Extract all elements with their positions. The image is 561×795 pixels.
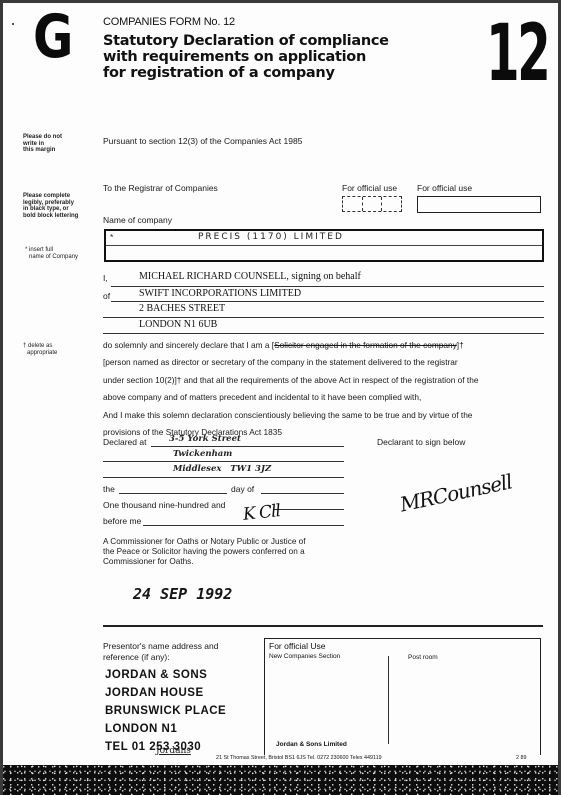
company-name-label: Name of company — [103, 215, 172, 225]
margin-note-do-not-write: Please do not write in this margin — [23, 134, 62, 154]
form-label: COMPANIES FORM No. 12 — [103, 16, 235, 28]
before-me-label: before me — [103, 516, 141, 526]
declarant-address-2: 2 BACHES STREET — [139, 303, 225, 314]
company-name-value: PRECIS (1170) LIMITED — [198, 232, 344, 242]
form-series-letter: G — [33, 7, 72, 67]
margin-note-complete-legibly: Please complete legibly, preferably in b… — [23, 193, 78, 219]
official-use-title: For official Use — [269, 641, 326, 651]
year-label: One thousand nine-hundred and — [103, 500, 225, 510]
form-number: 12 — [486, 15, 548, 93]
declarant-sign-label: Declarant to sign below — [377, 437, 465, 447]
presentor-details: JORDAN & SONS JORDAN HOUSE BRUNSWICK PLA… — [105, 666, 226, 756]
date-stamp: 24 SEP 1992 — [133, 585, 232, 603]
declarant-name: MICHAEL RICHARD COUNSELL, signing on beh… — [139, 271, 361, 282]
scan-speck — [12, 23, 14, 25]
declared-at-line-2: Twickenham — [173, 449, 232, 459]
declared-at-line-3: Middlesex TW1 3JZ — [173, 464, 271, 474]
footer-company: Jordan & Sons Limited — [276, 741, 347, 748]
witness-signature: K Cll — [242, 501, 281, 525]
asterisk-marker: * — [110, 232, 113, 242]
i-label: I, — [103, 273, 108, 283]
official-use-label-2: For official use — [417, 183, 472, 193]
jordans-logo: Jordans — [156, 746, 191, 756]
footer-code: 2 89 — [516, 755, 527, 761]
margin-note-delete: † delete as appropriate — [23, 343, 57, 356]
declared-at-line-1: 3-5 York Street — [169, 434, 241, 444]
official-use-box-2 — [417, 196, 541, 213]
declarant-signature: MRCounsell — [398, 469, 514, 516]
margin-note-insert-name: * insert full name of Company — [25, 247, 78, 260]
commissioner-text: A Commissioner for Oaths or Notary Publi… — [103, 537, 305, 567]
declarant-address-3: LONDON N1 6UB — [139, 319, 217, 330]
form-page: G COMPANIES FORM No. 12 Statutory Declar… — [3, 3, 558, 795]
of-label: of — [103, 291, 110, 301]
company-name-field[interactable]: * PRECIS (1170) LIMITED — [104, 229, 544, 262]
declarant-address-1: SWIFT INCORPORATIONS LIMITED — [139, 288, 301, 299]
new-companies-section: New Companies Section — [269, 653, 340, 660]
declaration-text: do solemnly and sincerely declare that I… — [103, 337, 553, 441]
official-use-label-1: For official use — [342, 183, 397, 193]
post-room: Post room — [408, 654, 438, 661]
official-use-panel: For official Use New Companies Section P… — [264, 638, 541, 755]
the-label: the — [103, 484, 115, 494]
day-of-label: day of — [231, 484, 254, 494]
pursuant-text: Pursuant to section 12(3) of the Compani… — [103, 136, 302, 146]
scan-noise-strip — [3, 765, 558, 795]
footer-address: 21 St Thomas Street, Bristol BS1 6JS Tel… — [216, 755, 382, 761]
presentor-label: Presentor's name address and reference (… — [103, 641, 219, 663]
official-use-box-1 — [342, 196, 402, 212]
form-title: Statutory Declaration of compliance with… — [103, 33, 423, 81]
registrar-label: To the Registrar of Companies — [103, 183, 218, 193]
struck-option: Solicitor engaged in the formation of th… — [274, 340, 457, 350]
declared-at-label: Declared at — [103, 437, 146, 447]
